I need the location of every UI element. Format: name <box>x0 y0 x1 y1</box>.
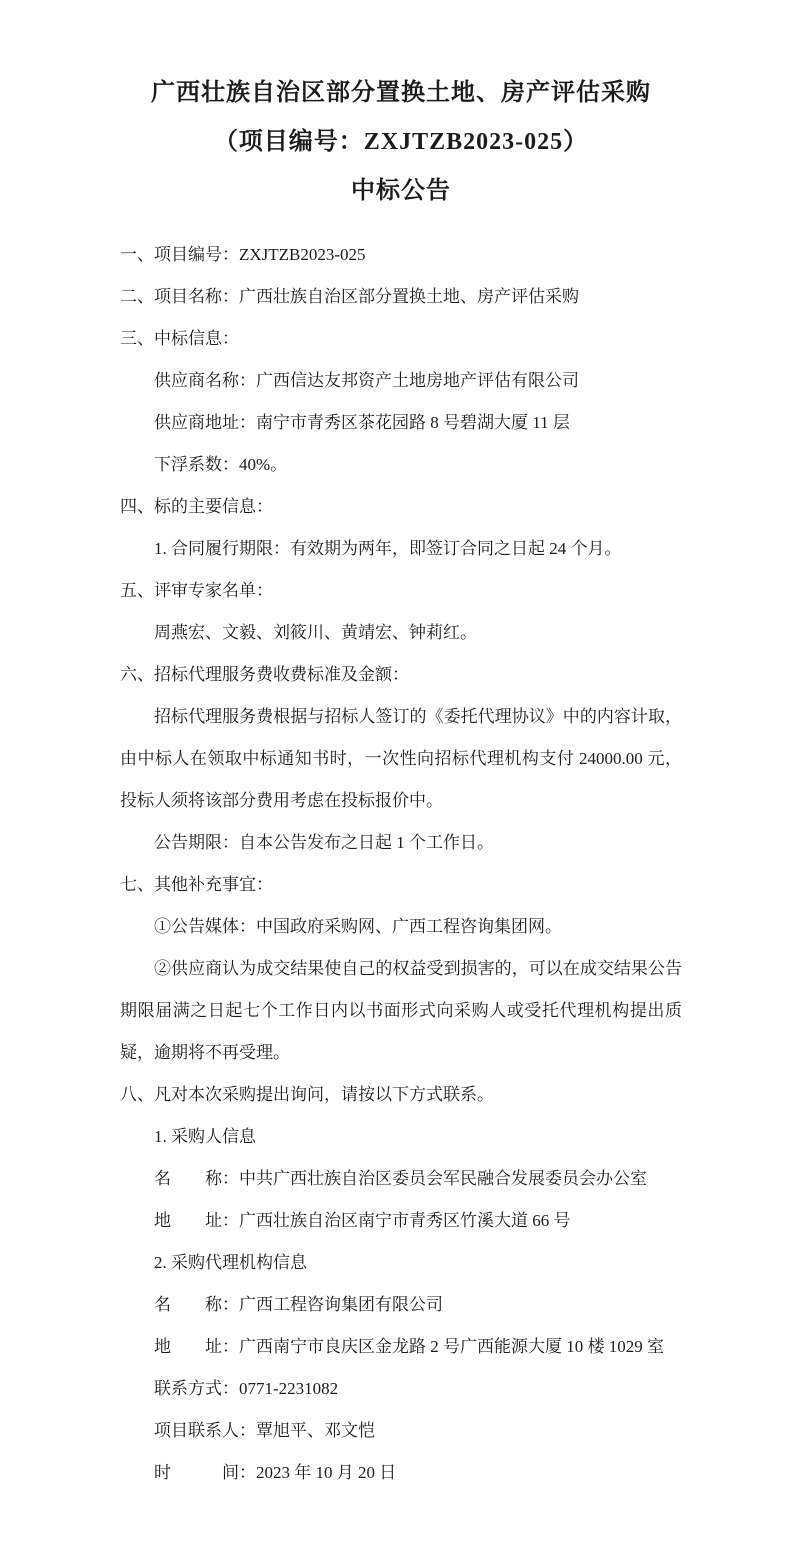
title-line-project-code: （项目编号：ZXJTZB2023-025） <box>120 118 682 167</box>
agency-name: 名 称：广西工程咨询集团有限公司 <box>120 1284 682 1326</box>
section-1-project-number: 一、项目编号：ZXJTZB2023-025 <box>120 234 682 276</box>
agency-fee-detail: 招标代理服务费根据与招标人签订的《委托代理协议》中的内容计取，由中标人在领取中标… <box>120 696 682 822</box>
discount-rate: 下浮系数：40%。 <box>120 444 682 486</box>
dispute-notice: ②供应商认为成交结果使自己的权益受到损害的，可以在成交结果公告期限届满之日起七个… <box>120 948 682 1074</box>
document-title: 广西壮族自治区部分置换土地、房产评估采购 （项目编号：ZXJTZB2023-02… <box>120 69 682 216</box>
section-2-project-name: 二、项目名称：广西壮族自治区部分置换土地、房产评估采购 <box>120 276 682 318</box>
purchaser-info-heading: 1. 采购人信息 <box>120 1116 682 1158</box>
purchaser-name: 名 称：中共广西壮族自治区委员会军民融合发展委员会办公室 <box>120 1158 682 1200</box>
section-7-heading: 七、其他补充事宜： <box>120 864 682 906</box>
section-4-heading: 四、标的主要信息： <box>120 486 682 528</box>
section-5-heading: 五、评审专家名单： <box>120 570 682 612</box>
section-6-heading: 六、招标代理服务费收费标准及金额： <box>120 654 682 696</box>
contract-term: 1. 合同履行期限：有效期为两年，即签订合同之日起 24 个月。 <box>120 528 682 570</box>
experts-list: 周燕宏、文毅、刘筱川、黄靖宏、钟莉红。 <box>120 612 682 654</box>
announcement-date: 时 间：2023 年 10 月 20 日 <box>120 1452 682 1494</box>
project-contacts: 项目联系人：覃旭平、邓文恺 <box>120 1410 682 1452</box>
document-page: 广西壮族自治区部分置换土地、房产评估采购 （项目编号：ZXJTZB2023-02… <box>0 0 800 1553</box>
agency-info-heading: 2. 采购代理机构信息 <box>120 1242 682 1284</box>
supplier-name: 供应商名称：广西信达友邦资产土地房地产评估有限公司 <box>120 360 682 402</box>
purchaser-address: 地 址：广西壮族自治区南宁市青秀区竹溪大道 66 号 <box>120 1200 682 1242</box>
announcement-period: 公告期限：自本公告发布之日起 1 个工作日。 <box>120 822 682 864</box>
document-body: 一、项目编号：ZXJTZB2023-025 二、项目名称：广西壮族自治区部分置换… <box>120 234 682 1494</box>
announcement-media: ①公告媒体：中国政府采购网、广西工程咨询集团网。 <box>120 906 682 948</box>
supplier-address: 供应商地址：南宁市青秀区茶花园路 8 号碧湖大厦 11 层 <box>120 402 682 444</box>
title-line-project: 广西壮族自治区部分置换土地、房产评估采购 <box>120 69 682 118</box>
title-line-announcement-type: 中标公告 <box>120 167 682 216</box>
section-8-heading: 八、凡对本次采购提出询问，请按以下方式联系。 <box>120 1074 682 1116</box>
contact-phone: 联系方式：0771-2231082 <box>120 1368 682 1410</box>
section-3-heading: 三、中标信息： <box>120 318 682 360</box>
agency-address: 地 址：广西南宁市良庆区金龙路 2 号广西能源大厦 10 楼 1029 室 <box>120 1326 682 1368</box>
